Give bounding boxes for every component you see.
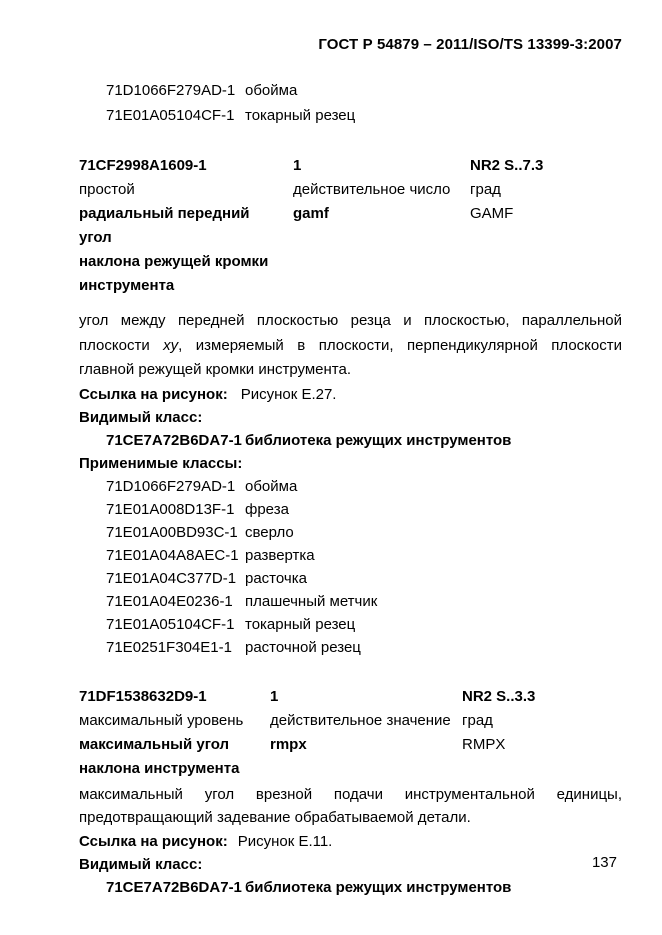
class-name: развертка xyxy=(245,544,622,567)
property-id: 71DF1538632D9-1 xyxy=(79,685,270,709)
name-line: инструмента xyxy=(79,274,285,298)
visible-class-entry: 71CE7A72B6DA7-1 библиотека режущих инстр… xyxy=(106,429,622,452)
class-code: 71D1066F279AD-1 xyxy=(106,78,245,103)
property-value-type: действительное значение xyxy=(270,709,462,733)
property-unit: град xyxy=(462,709,622,733)
figure-reference-value: Рисунок Е.11. xyxy=(238,833,333,850)
property-kind: максимальный уровень xyxy=(79,709,270,733)
property-preferred-name: максимальный угол наклона инструмента xyxy=(79,733,270,781)
class-name: токарный резец xyxy=(245,613,622,636)
property-code-name: RMPX xyxy=(462,733,622,781)
property-short-name: rmpx xyxy=(270,733,462,781)
class-code: 71CE7A72B6DA7-1 xyxy=(106,876,245,899)
figure-reference-label: Ссылка на рисунок: xyxy=(79,833,228,850)
visible-class-entry: 71CE7A72B6DA7-1 библиотека режущих инстр… xyxy=(106,876,622,899)
list-item: 71E01A05104CF-1 токарный резец xyxy=(106,613,622,636)
class-name: обойма xyxy=(245,475,622,498)
property-header-row: 71DF1538632D9-1 1 NR2 S..3.3 xyxy=(79,685,622,709)
name-line: радиальный передний угол xyxy=(79,202,285,250)
definition-italic-term: xy xyxy=(163,337,178,354)
property-format: NR2 S..7.3 xyxy=(470,154,622,178)
class-code: 71E01A04E0236-1 xyxy=(106,590,245,613)
property-format: NR2 S..3.3 xyxy=(462,685,622,709)
visible-class-label: Видимый класс: xyxy=(79,406,622,429)
property-short-name: gamf xyxy=(293,202,470,298)
property-unit: град xyxy=(470,178,622,202)
class-name: обойма xyxy=(245,78,622,103)
property-header-row: 71CF2998A1609-1 1 NR2 S..7.3 xyxy=(79,154,622,178)
class-name: расточной резец xyxy=(245,636,622,659)
class-code: 71D1066F279AD-1 xyxy=(106,475,245,498)
document-page: ГОСТ Р 54879 – 2011/ISO/TS 13399-3:2007 … xyxy=(0,0,662,935)
list-item: 71E01A04A8AEC-1 развертка xyxy=(106,544,622,567)
class-name: библиотека режущих инструментов xyxy=(245,429,622,452)
document-header: ГОСТ Р 54879 – 2011/ISO/TS 13399-3:2007 xyxy=(79,33,622,56)
list-item: 71E01A00BD93C-1 сверло xyxy=(106,521,622,544)
list-item: 71E0251F304E1-1 расточной резец xyxy=(106,636,622,659)
list-item: 71CE7A72B6DA7-1 библиотека режущих инстр… xyxy=(106,429,622,452)
property-name-row: максимальный угол наклона инструмента rm… xyxy=(79,733,622,781)
list-item: 71D1066F279AD-1 обойма xyxy=(106,78,622,103)
property-name-row: радиальный передний угол наклона режущей… xyxy=(79,202,622,298)
class-code: 71E01A04A8AEC-1 xyxy=(106,544,245,567)
list-item: 71E01A04E0236-1 плашечный метчик xyxy=(106,590,622,613)
property-id: 71CF2998A1609-1 xyxy=(79,154,293,178)
class-code: 71E01A05104CF-1 xyxy=(106,613,245,636)
property-cardinality: 1 xyxy=(270,685,462,709)
property-block-gamf: 71CF2998A1609-1 1 NR2 S..7.3 простой дей… xyxy=(79,154,622,659)
property-type-row: максимальный уровень действительное знач… xyxy=(79,709,622,733)
figure-reference-line: Ссылка на рисунок:Рисунок Е.27. xyxy=(79,383,622,406)
list-item: 71E01A04C377D-1 расточка xyxy=(106,567,622,590)
class-name: токарный резец xyxy=(245,103,622,128)
class-code: 71E01A00BD93C-1 xyxy=(106,521,245,544)
class-name: библиотека режущих инструментов xyxy=(245,876,622,899)
class-code: 71E0251F304E1-1 xyxy=(106,636,245,659)
property-block-rmpx: 71DF1538632D9-1 1 NR2 S..3.3 максимальны… xyxy=(79,685,622,899)
visible-class-label: Видимый класс: xyxy=(79,853,622,876)
list-item: 71D1066F279AD-1 обойма xyxy=(106,475,622,498)
class-code: 71E01A05104CF-1 xyxy=(106,103,245,128)
class-name: расточка xyxy=(245,567,622,590)
applicable-classes-list: 71D1066F279AD-1 обойма 71E01A008D13F-1 ф… xyxy=(106,475,622,659)
list-item: 71CE7A72B6DA7-1 библиотека режущих инстр… xyxy=(106,876,622,899)
applicable-classes-label: Применимые классы: xyxy=(79,452,622,475)
class-code: 71E01A008D13F-1 xyxy=(106,498,245,521)
property-definition: угол между передней плоскостью резца и п… xyxy=(79,309,622,383)
name-line: наклона инструмента xyxy=(79,757,262,781)
figure-reference-value: Рисунок Е.27. xyxy=(241,386,337,403)
class-code: 71CE7A72B6DA7-1 xyxy=(106,429,245,452)
property-kind: простой xyxy=(79,178,293,202)
property-type-row: простой действительное число град xyxy=(79,178,622,202)
page-content: ГОСТ Р 54879 – 2011/ISO/TS 13399-3:2007 … xyxy=(0,0,662,899)
class-name: плашечный метчик xyxy=(245,590,622,613)
list-item: 71E01A008D13F-1 фреза xyxy=(106,498,622,521)
figure-reference-line: Ссылка на рисунок:Рисунок Е.11. xyxy=(79,830,622,853)
property-preferred-name: радиальный передний угол наклона режущей… xyxy=(79,202,293,298)
property-value-type: действительное число xyxy=(293,178,470,202)
property-cardinality: 1 xyxy=(293,154,470,178)
class-name: фреза xyxy=(245,498,622,521)
class-name: сверло xyxy=(245,521,622,544)
property-code-name: GAMF xyxy=(470,202,622,298)
class-code: 71E01A04C377D-1 xyxy=(106,567,245,590)
list-item: 71E01A05104CF-1 токарный резец xyxy=(106,103,622,128)
figure-reference-label: Ссылка на рисунок: xyxy=(79,386,228,403)
property-definition: максимальный угол врезной подачи инструм… xyxy=(79,783,622,830)
name-line: наклона режущей кромки xyxy=(79,250,285,274)
previous-block-class-list: 71D1066F279AD-1 обойма 71E01A05104CF-1 т… xyxy=(106,78,622,128)
name-line: максимальный угол xyxy=(79,733,262,757)
page-number: 137 xyxy=(592,853,617,873)
